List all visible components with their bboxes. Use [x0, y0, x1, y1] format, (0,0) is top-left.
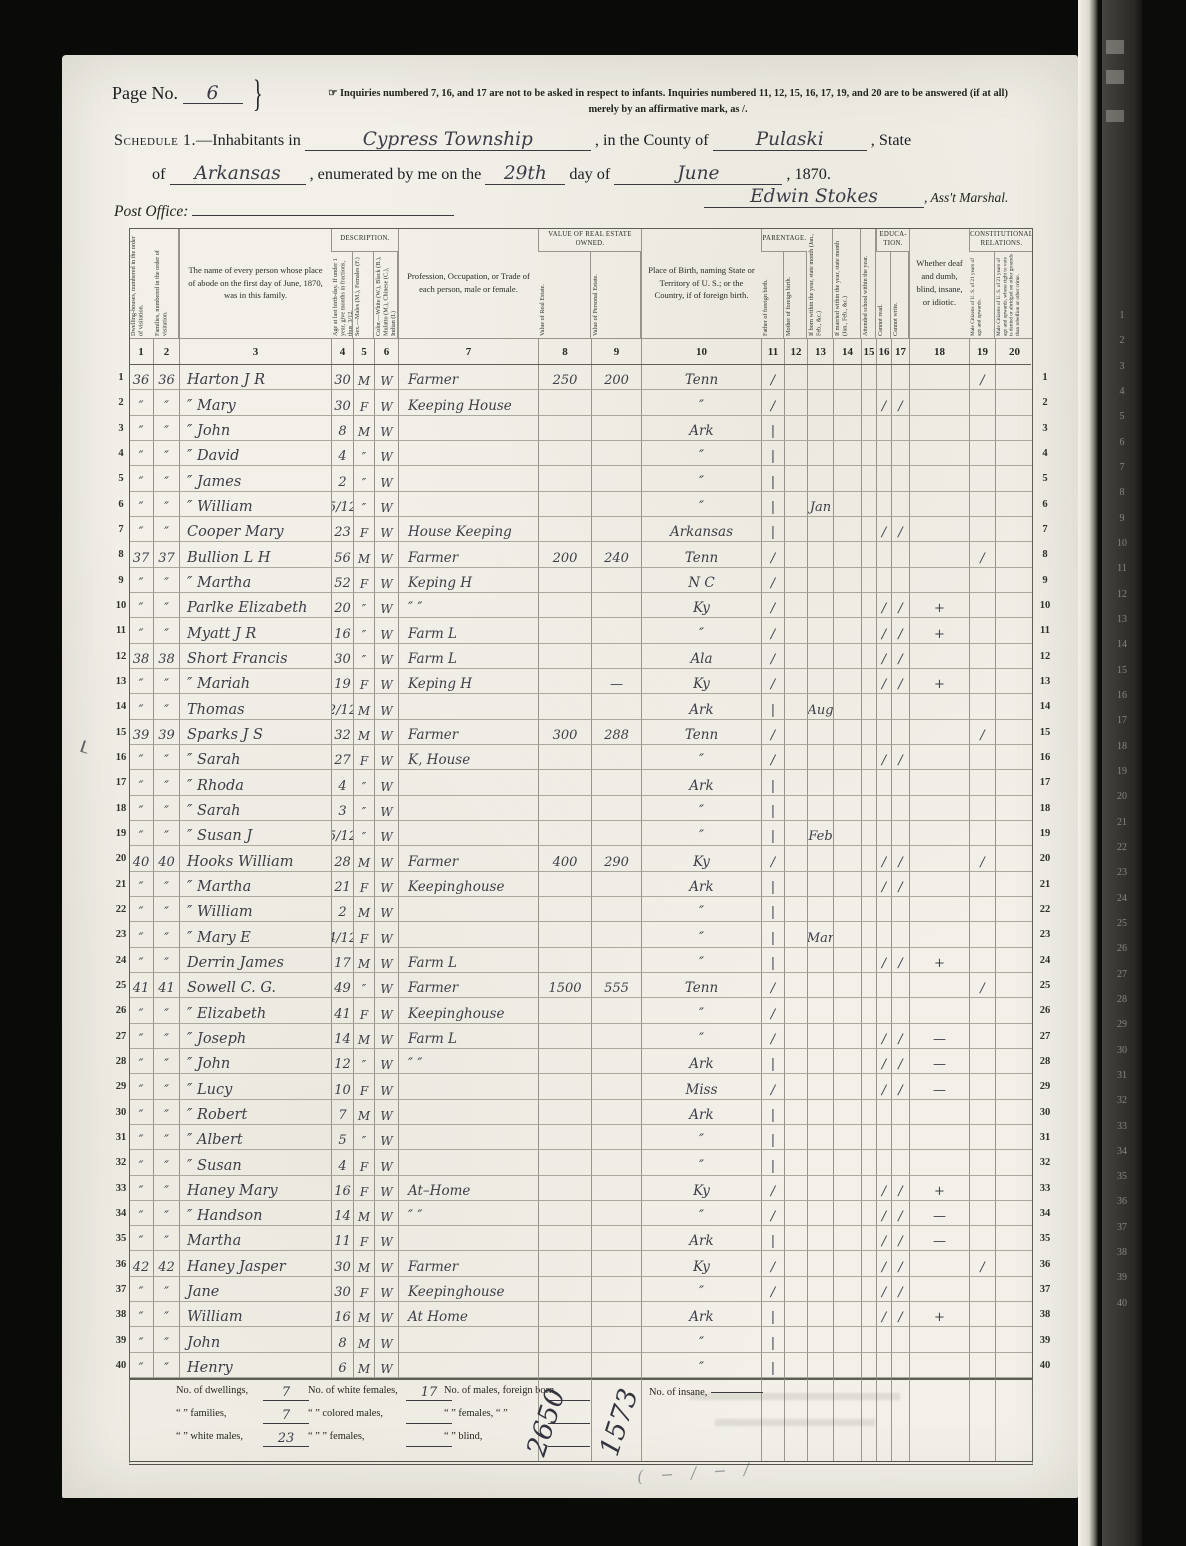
cell-birth-month [807, 1176, 833, 1201]
row-number-left: 24 [113, 948, 129, 973]
of-label: of [152, 165, 165, 183]
cell-vote-denied [995, 669, 1033, 694]
cell-cannot-write [891, 998, 909, 1023]
ghost-row-number: 36 [1102, 1196, 1142, 1221]
cell-male-citizen [969, 568, 995, 593]
cell-family: ″ [153, 593, 179, 618]
cell-cannot-write [891, 416, 909, 441]
cell-disability [909, 1277, 969, 1302]
cell-married-month [833, 1327, 861, 1352]
cell-family: ″ [153, 1353, 179, 1378]
cell-dwelling: 37 [129, 542, 153, 567]
cell-personal-estate [591, 1353, 641, 1378]
row-number-left: 3 [113, 416, 129, 441]
cell-occupation: ″ ″ [398, 1049, 538, 1074]
cell-cannot-write: / [891, 1302, 909, 1327]
cell-disability [909, 1150, 969, 1175]
cell-personal-estate [591, 948, 641, 973]
cell-personal-estate [591, 745, 641, 770]
cell-birth-month [807, 720, 833, 745]
cell-school [861, 1176, 876, 1201]
row-number-right: 30 [1033, 1100, 1057, 1125]
cell-father-foreign: / [761, 644, 784, 669]
cell-father-foreign: | [761, 1049, 784, 1074]
cell-personal-estate: — [591, 669, 641, 694]
col-17-header: Cannot write. [891, 252, 909, 338]
cell-male-citizen [969, 745, 995, 770]
cell-occupation: Farmer [398, 846, 538, 871]
column-number: 4 [331, 338, 353, 365]
ghost-row-number: 24 [1102, 893, 1142, 918]
row-number-right: 29 [1033, 1074, 1057, 1099]
cell-real-estate: 300 [538, 720, 591, 745]
cell-sex: ″ [353, 973, 374, 998]
cell-occupation: ″ ″ [398, 593, 538, 618]
page-no-value: 6 [183, 85, 243, 104]
cell-dwelling: ″ [129, 1100, 153, 1125]
cell-occupation: House Keeping [398, 517, 538, 542]
cell-father-foreign: / [761, 998, 784, 1023]
ghost-row-number: 10 [1102, 538, 1142, 563]
cell-real-estate [538, 948, 591, 973]
cell-birth-month [807, 1150, 833, 1175]
cell-married-month [833, 365, 861, 390]
row-number-left: 5 [113, 466, 129, 491]
cell-color: W [374, 770, 398, 795]
cell-school [861, 618, 876, 643]
cell-male-citizen [969, 1125, 995, 1150]
cell-vote-denied [995, 1226, 1033, 1251]
cell-disability: + [909, 618, 969, 643]
cell-personal-estate [591, 644, 641, 669]
cell-color: W [374, 1150, 398, 1175]
cell-birthplace: N C [641, 568, 761, 593]
cell-father-foreign: / [761, 542, 784, 567]
cell-real-estate [538, 1024, 591, 1049]
cell-school [861, 542, 876, 567]
cell-color: W [374, 694, 398, 719]
row-number-left: 13 [113, 669, 129, 694]
cell-sex: F [353, 390, 374, 415]
cell-vote-denied [995, 1251, 1033, 1276]
cell-father-foreign: | [761, 441, 784, 466]
cell-family: ″ [153, 897, 179, 922]
cell-family: ″ [153, 770, 179, 795]
cell-family: ″ [153, 694, 179, 719]
cell-vote-denied [995, 1176, 1033, 1201]
cell-married-month [833, 821, 861, 846]
cell-mother-foreign [784, 720, 807, 745]
row-number-right: 27 [1033, 1024, 1057, 1049]
cell-cannot-write [891, 365, 909, 390]
cell-school [861, 1277, 876, 1302]
cell-married-month [833, 1353, 861, 1378]
cell-male-citizen [969, 948, 995, 973]
totals-label: “ ” ” females, [308, 1431, 365, 1442]
cell-vote-denied [995, 1302, 1033, 1327]
cell-personal-estate [591, 1150, 641, 1175]
cell-married-month [833, 1201, 861, 1226]
ghost-row-number: 30 [1102, 1045, 1142, 1070]
cell-sex: M [353, 542, 374, 567]
cell-male-citizen [969, 922, 995, 947]
cell-disability [909, 466, 969, 491]
cell-cannot-write [891, 821, 909, 846]
post-office-label: Post Office: [114, 203, 188, 220]
cell-birth-month [807, 644, 833, 669]
cell-real-estate [538, 416, 591, 441]
cell-father-foreign: / [761, 669, 784, 694]
cell-real-estate [538, 441, 591, 466]
cell-birthplace: ″ [641, 1201, 761, 1226]
cell-dwelling: ″ [129, 897, 153, 922]
cell-cannot-write [891, 1100, 909, 1125]
cell-birthplace: ″ [641, 1125, 761, 1150]
cell-cannot-write [891, 568, 909, 593]
cell-male-citizen [969, 1327, 995, 1352]
cell-birth-month [807, 897, 833, 922]
cell-real-estate [538, 669, 591, 694]
cell-cannot-write [891, 796, 909, 821]
cell-real-estate: 250 [538, 365, 591, 390]
cell-father-foreign: / [761, 390, 784, 415]
row-number-left: 15 [113, 720, 129, 745]
cell-cannot-read [876, 466, 891, 491]
ghost-row-number: 29 [1102, 1019, 1142, 1044]
cell-married-month [833, 441, 861, 466]
cell-birth-month [807, 618, 833, 643]
cell-mother-foreign [784, 1125, 807, 1150]
ghost-row-number: 11 [1102, 563, 1142, 588]
cell-personal-estate [591, 390, 641, 415]
cell-occupation: Farmer [398, 542, 538, 567]
cell-vote-denied [995, 1277, 1033, 1302]
cell-real-estate [538, 1201, 591, 1226]
cell-cannot-write: / [891, 517, 909, 542]
cell-school [861, 1049, 876, 1074]
cell-birthplace: Ark [641, 1100, 761, 1125]
cell-school [861, 365, 876, 390]
cell-age: 27 [331, 745, 353, 770]
cell-real-estate [538, 745, 591, 770]
cell-personal-estate [591, 441, 641, 466]
scanner-background: Page No. 6 } ☞ Inquiries numbered 7, 16,… [0, 0, 1186, 1546]
cell-married-month [833, 846, 861, 871]
cell-married-month [833, 973, 861, 998]
row-number-left: 4 [113, 441, 129, 466]
cell-cannot-read: / [876, 1226, 891, 1251]
cell-dwelling: ″ [129, 1125, 153, 1150]
cell-birth-month [807, 1327, 833, 1352]
cell-birthplace: ″ [641, 1024, 761, 1049]
cell-cannot-read [876, 1327, 891, 1352]
cell-father-foreign: | [761, 694, 784, 719]
cell-cannot-write [891, 922, 909, 947]
cell-name: ″ John [179, 1049, 331, 1074]
cell-disability: — [909, 1024, 969, 1049]
cell-married-month [833, 517, 861, 542]
row-number-left: 16 [113, 745, 129, 770]
totals-label: “ ” blind, [444, 1431, 482, 1442]
cell-color: W [374, 542, 398, 567]
cell-male-citizen [969, 644, 995, 669]
cell-married-month [833, 669, 861, 694]
cell-disability [909, 492, 969, 517]
cell-mother-foreign [784, 922, 807, 947]
column-number: 11 [761, 338, 784, 365]
cell-cannot-write: / [891, 1049, 909, 1074]
cell-name: ″ William [179, 897, 331, 922]
cell-dwelling: ″ [129, 821, 153, 846]
day-of-label: day of [569, 165, 610, 183]
cell-name: ″ Susan J [179, 821, 331, 846]
column-number: 14 [833, 338, 861, 365]
cell-birthplace: ″ [641, 618, 761, 643]
row-number-left: 33 [113, 1176, 129, 1201]
cell-school [861, 745, 876, 770]
cell-vote-denied [995, 821, 1033, 846]
ghost-row-number: 12 [1102, 589, 1142, 614]
ghost-row-number: 16 [1102, 690, 1142, 715]
cell-married-month [833, 466, 861, 491]
cell-disability [909, 821, 969, 846]
cell-age: 19 [331, 669, 353, 694]
cell-family: 38 [153, 644, 179, 669]
ghost-row-number: 3 [1102, 361, 1142, 386]
ghost-row-number: 27 [1102, 969, 1142, 994]
col-8-header: Value of Real Estate. [538, 252, 591, 338]
cell-cannot-write: / [891, 618, 909, 643]
cell-personal-estate [591, 1277, 641, 1302]
cell-birthplace: ″ [641, 390, 761, 415]
cell-cannot-write [891, 694, 909, 719]
cell-cannot-write [891, 1327, 909, 1352]
cell-sex: M [353, 897, 374, 922]
cell-name: Sowell C. G. [179, 973, 331, 998]
cell-mother-foreign [784, 644, 807, 669]
cell-school [861, 593, 876, 618]
cell-vote-denied [995, 1024, 1033, 1049]
cell-name: ″ John [179, 416, 331, 441]
cell-name: ″ Lucy [179, 1074, 331, 1099]
cell-name: ″ Martha [179, 568, 331, 593]
totals-rule [876, 1379, 877, 1461]
column-number: 13 [807, 338, 833, 365]
cell-occupation: Farmer [398, 720, 538, 745]
column-number: 5 [353, 338, 374, 365]
row-number-right: 25 [1033, 973, 1057, 998]
cell-dwelling: ″ [129, 1353, 153, 1378]
cell-family: ″ [153, 1074, 179, 1099]
cell-male-citizen: / [969, 365, 995, 390]
cell-color: W [374, 517, 398, 542]
cell-disability [909, 1100, 969, 1125]
cell-married-month [833, 1176, 861, 1201]
cell-dwelling: 41 [129, 973, 153, 998]
cell-sex: M [353, 416, 374, 441]
cell-color: W [374, 593, 398, 618]
row-number-right: 32 [1033, 1150, 1057, 1175]
row-number-right: 31 [1033, 1125, 1057, 1150]
cell-birthplace: Ky [641, 1251, 761, 1276]
cell-male-citizen [969, 1201, 995, 1226]
cell-real-estate [538, 1150, 591, 1175]
cell-mother-foreign [784, 669, 807, 694]
column-number: 18 [909, 338, 969, 365]
row-number-right: 5 [1033, 466, 1057, 491]
row-number-right: 16 [1033, 745, 1057, 770]
cell-occupation: Keping H [398, 568, 538, 593]
cell-birth-month [807, 973, 833, 998]
cell-birth-month [807, 1074, 833, 1099]
cell-cannot-write: / [891, 1176, 909, 1201]
row-number-left: 29 [113, 1074, 129, 1099]
col-16-header: Cannot read. [876, 252, 891, 338]
ghost-row-number: 23 [1102, 867, 1142, 892]
bleedthrough-smudge [690, 1393, 900, 1400]
cell-mother-foreign [784, 441, 807, 466]
ghost-row-number: 31 [1102, 1070, 1142, 1095]
row-number-right: 37 [1033, 1277, 1057, 1302]
cell-father-foreign: | [761, 1226, 784, 1251]
cell-real-estate [538, 1125, 591, 1150]
cell-birthplace: Miss [641, 1074, 761, 1099]
post-office-blank [192, 201, 454, 216]
row-number-left: 34 [113, 1201, 129, 1226]
row-number-right: 24 [1033, 948, 1057, 973]
cell-cannot-read [876, 821, 891, 846]
cell-school [861, 1302, 876, 1327]
cell-name: John [179, 1327, 331, 1352]
cell-disability [909, 416, 969, 441]
cell-vote-denied [995, 542, 1033, 567]
cell-family: ″ [153, 821, 179, 846]
cell-male-citizen [969, 390, 995, 415]
cell-sex: ″ [353, 770, 374, 795]
ghost-row-number: 13 [1102, 614, 1142, 639]
cell-real-estate [538, 1176, 591, 1201]
cell-birth-month [807, 1353, 833, 1378]
col-4-header: Age at last birth-day. If under 1 year, … [331, 252, 353, 338]
cell-name: Haney Jasper [179, 1251, 331, 1276]
cell-married-month [833, 1125, 861, 1150]
cell-family: ″ [153, 1277, 179, 1302]
cell-school [861, 846, 876, 871]
column-number: 1 [129, 338, 153, 365]
cell-occupation: Keeping House [398, 390, 538, 415]
cell-sex: F [353, 1226, 374, 1251]
cell-age: 2/12 [331, 694, 353, 719]
cell-male-citizen [969, 517, 995, 542]
cell-real-estate [538, 390, 591, 415]
cell-birth-month [807, 365, 833, 390]
cell-male-citizen [969, 466, 995, 491]
row-number-right: 39 [1033, 1327, 1057, 1352]
cell-sex: F [353, 745, 374, 770]
cell-name: ″ David [179, 441, 331, 466]
cell-age: 28 [331, 846, 353, 871]
cell-sex: F [353, 669, 374, 694]
cell-personal-estate [591, 1049, 641, 1074]
totals-label: No. of dwellings, [176, 1385, 248, 1396]
cell-sex: ″ [353, 441, 374, 466]
ghost-row-number: 34 [1102, 1146, 1142, 1171]
cell-father-foreign: | [761, 466, 784, 491]
column-number: 9 [591, 338, 641, 365]
schedule-rest: —Inhabitants in [196, 131, 301, 149]
cell-family: ″ [153, 745, 179, 770]
cell-sex: ″ [353, 492, 374, 517]
cell-age: 10 [331, 1074, 353, 1099]
cell-disability [909, 1251, 969, 1276]
cell-sex: M [353, 846, 374, 871]
ghost-row-number: 15 [1102, 665, 1142, 690]
cell-cannot-read: / [876, 1074, 891, 1099]
cell-name: Bullion L H [179, 542, 331, 567]
cell-male-citizen [969, 1074, 995, 1099]
cell-birth-month [807, 745, 833, 770]
cell-mother-foreign [784, 796, 807, 821]
cell-cannot-read [876, 770, 891, 795]
cell-cannot-read [876, 973, 891, 998]
cell-color: W [374, 1277, 398, 1302]
row-number-right: 12 [1033, 644, 1057, 669]
cell-cannot-write: / [891, 669, 909, 694]
row-number-left: 10 [113, 593, 129, 618]
cell-school [861, 517, 876, 542]
cell-occupation: Farmer [398, 973, 538, 998]
cell-real-estate [538, 1049, 591, 1074]
cell-birth-month [807, 770, 833, 795]
ghost-row-number: 6 [1102, 437, 1142, 462]
cell-father-foreign: | [761, 872, 784, 897]
cell-family: 39 [153, 720, 179, 745]
cell-name: ″ Mariah [179, 669, 331, 694]
cell-male-citizen [969, 1353, 995, 1378]
page-no-label: Page No. [112, 83, 178, 103]
cell-real-estate [538, 517, 591, 542]
cell-vote-denied [995, 694, 1033, 719]
cell-married-month [833, 1302, 861, 1327]
column-number: 7 [398, 338, 538, 365]
cell-birthplace: ″ [641, 492, 761, 517]
cell-vote-denied [995, 1125, 1033, 1150]
cell-color: W [374, 1327, 398, 1352]
cell-family: ″ [153, 1201, 179, 1226]
table-body: 13636Harton J R30MWFarmer250200Tenn//12″… [113, 365, 1057, 1378]
cell-color: W [374, 922, 398, 947]
cell-family: 41 [153, 973, 179, 998]
row-number-right: 4 [1033, 441, 1057, 466]
cell-male-citizen [969, 593, 995, 618]
cell-father-foreign: | [761, 821, 784, 846]
cell-occupation [398, 416, 538, 441]
cell-birthplace: Ark [641, 770, 761, 795]
cell-father-foreign: / [761, 745, 784, 770]
cell-occupation [398, 1353, 538, 1378]
cell-dwelling: ″ [129, 416, 153, 441]
cell-color: W [374, 745, 398, 770]
cell-mother-foreign [784, 821, 807, 846]
cell-dwelling: ″ [129, 669, 153, 694]
cell-real-estate [538, 1226, 591, 1251]
cell-family: 42 [153, 1251, 179, 1276]
cell-age: 23 [331, 517, 353, 542]
cell-disability [909, 517, 969, 542]
cell-family: ″ [153, 922, 179, 947]
cell-mother-foreign [784, 1251, 807, 1276]
cell-age: 7 [331, 1100, 353, 1125]
